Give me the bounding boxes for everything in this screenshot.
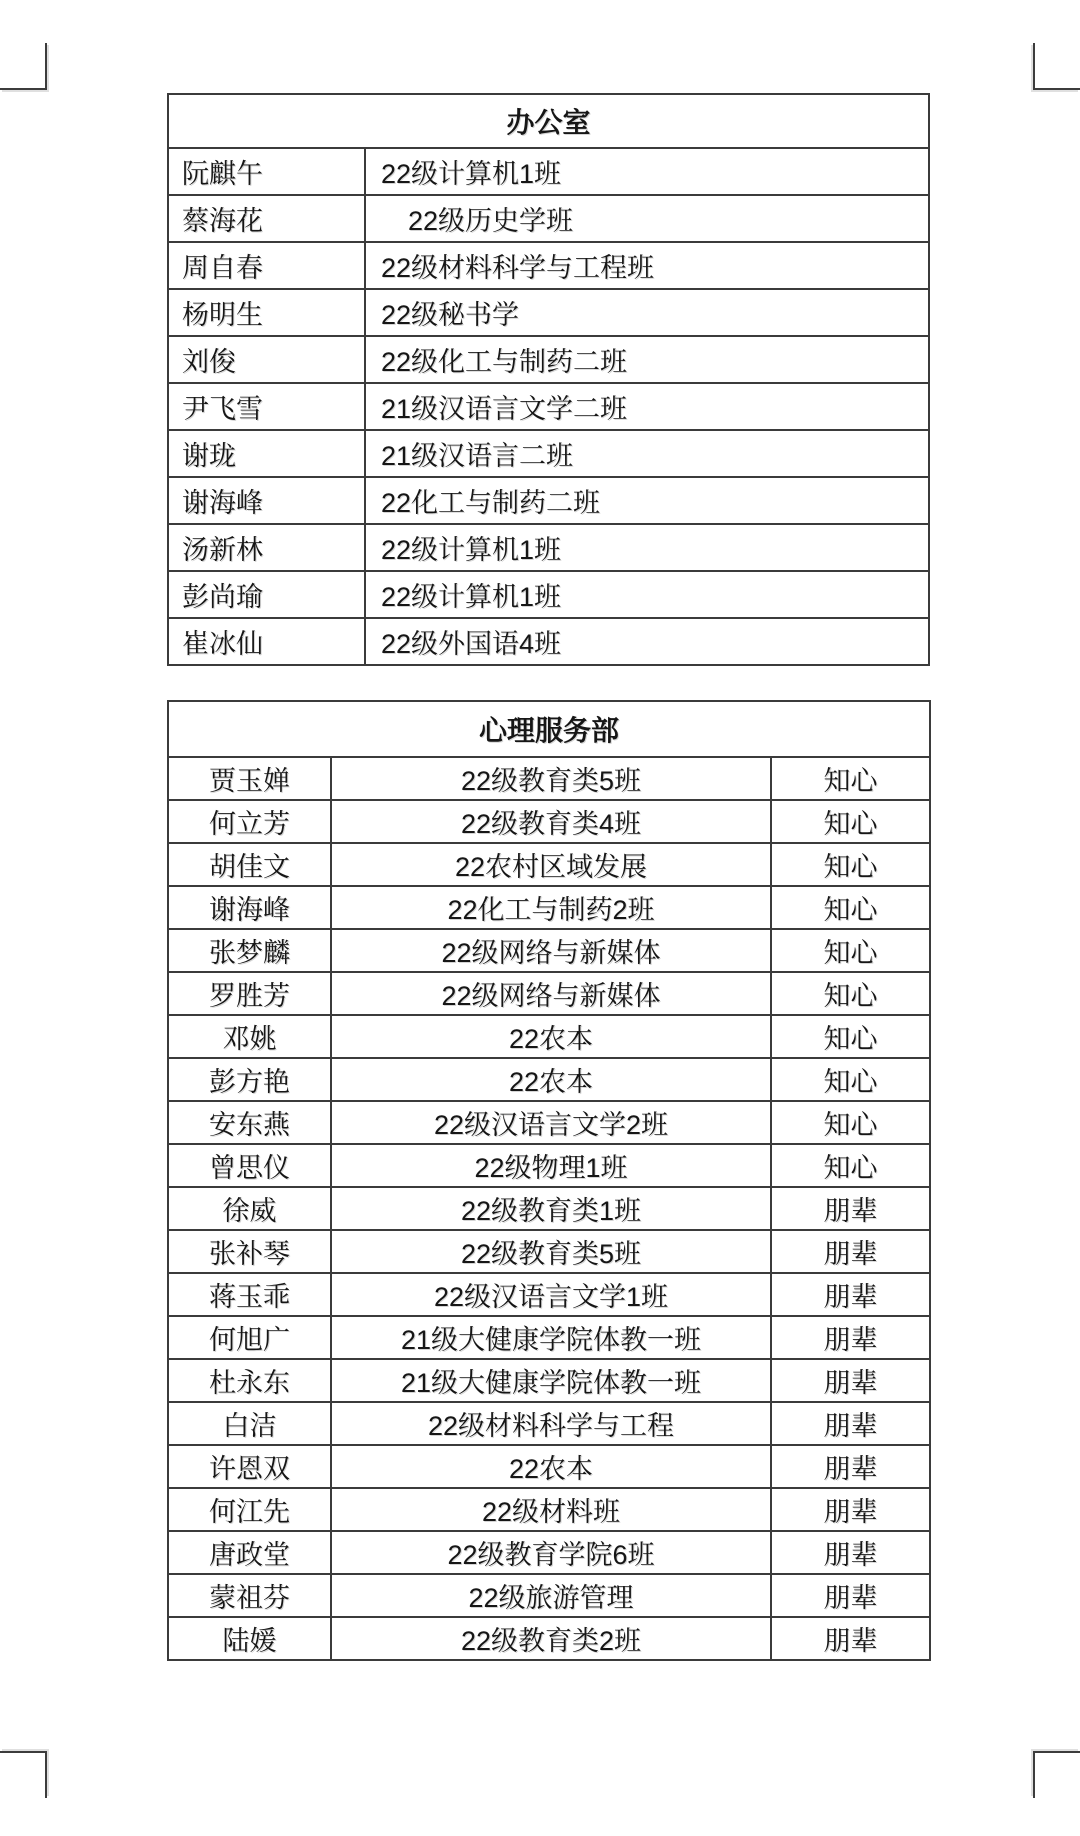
table-row: 唐政堂22级教育学院6班朋辈 [168, 1531, 930, 1574]
table-row: 白洁22级材料科学与工程朋辈 [168, 1402, 930, 1445]
role-cell: 知心 [771, 1015, 930, 1058]
role-cell: 知心 [771, 929, 930, 972]
role-cell: 知心 [771, 757, 930, 800]
role-cell: 知心 [771, 1101, 930, 1144]
role-cell: 知心 [771, 843, 930, 886]
class-cell: 22级物理1班 [331, 1144, 771, 1187]
class-cell: 22农本 [331, 1058, 771, 1101]
name-cell: 陆媛 [168, 1617, 331, 1660]
table-row: 张梦麟22级网络与新媒体知心 [168, 929, 930, 972]
role-cell: 知心 [771, 800, 930, 843]
table-row: 彭尚瑜22级计算机1班 [168, 571, 929, 618]
name-cell: 安东燕 [168, 1101, 331, 1144]
class-cell: 22级材料科学与工程班 [365, 242, 929, 289]
table-row: 汤新林22级计算机1班 [168, 524, 929, 571]
name-cell: 尹飞雪 [168, 383, 365, 430]
name-cell: 邓姚 [168, 1015, 331, 1058]
psych-service-table-header-row: 心理服务部 [168, 701, 930, 757]
class-cell: 22级化工与制药二班 [365, 336, 929, 383]
class-cell: 22级材料班 [331, 1488, 771, 1531]
table-row: 罗胜芳22级网络与新媒体知心 [168, 972, 930, 1015]
class-cell: 22级教育类5班 [331, 1230, 771, 1273]
class-cell: 21级大健康学院体教一班 [331, 1359, 771, 1402]
table-row: 胡佳文22农村区域发展知心 [168, 843, 930, 886]
class-cell: 22级计算机1班 [365, 571, 929, 618]
table-row: 何江先22级材料班朋辈 [168, 1488, 930, 1531]
class-cell: 22化工与制药2班 [331, 886, 771, 929]
table-row: 谢海峰22化工与制药2班知心 [168, 886, 930, 929]
office-table: 办公室 阮麒午22级计算机1班蔡海花 22级历史学班周自春22级材料科学与工程班… [167, 93, 930, 666]
office-table-header-row: 办公室 [168, 94, 929, 148]
class-cell: 22级历史学班 [365, 195, 929, 242]
role-cell: 朋辈 [771, 1187, 930, 1230]
name-cell: 谢海峰 [168, 886, 331, 929]
table-row: 何旭广21级大健康学院体教一班朋辈 [168, 1316, 930, 1359]
class-cell: 22级教育类1班 [331, 1187, 771, 1230]
class-cell: 22农本 [331, 1015, 771, 1058]
name-cell: 蔡海花 [168, 195, 365, 242]
name-cell: 谢珑 [168, 430, 365, 477]
class-cell: 21级大健康学院体教一班 [331, 1316, 771, 1359]
table-row: 谢珑21级汉语言二班 [168, 430, 929, 477]
name-cell: 谢海峰 [168, 477, 365, 524]
class-cell: 22级网络与新媒体 [331, 929, 771, 972]
table-row: 张补琴22级教育类5班朋辈 [168, 1230, 930, 1273]
role-cell: 知心 [771, 972, 930, 1015]
table-row: 崔冰仙22级外国语4班 [168, 618, 929, 665]
name-cell: 杜永东 [168, 1359, 331, 1402]
name-cell: 蒙祖芬 [168, 1574, 331, 1617]
class-cell: 22化工与制药二班 [365, 477, 929, 524]
name-cell: 张补琴 [168, 1230, 331, 1273]
class-cell: 22级汉语言文学1班 [331, 1273, 771, 1316]
name-cell: 许恩双 [168, 1445, 331, 1488]
table-row: 安东燕22级汉语言文学2班知心 [168, 1101, 930, 1144]
name-cell: 何立芳 [168, 800, 331, 843]
crop-mark-bottom-right [1033, 1751, 1080, 1798]
table-row: 蔡海花 22级历史学班 [168, 195, 929, 242]
name-cell: 彭尚瑜 [168, 571, 365, 618]
name-cell: 杨明生 [168, 289, 365, 336]
table-row: 谢海峰22化工与制药二班 [168, 477, 929, 524]
table-row: 徐威22级教育类1班朋辈 [168, 1187, 930, 1230]
name-cell: 张梦麟 [168, 929, 331, 972]
role-cell: 朋辈 [771, 1402, 930, 1445]
class-cell: 22级教育学院6班 [331, 1531, 771, 1574]
class-cell: 22级外国语4班 [365, 618, 929, 665]
class-cell: 22级材料科学与工程 [331, 1402, 771, 1445]
table-row: 刘俊22级化工与制药二班 [168, 336, 929, 383]
name-cell: 蒋玉乖 [168, 1273, 331, 1316]
name-cell: 曾思仪 [168, 1144, 331, 1187]
role-cell: 朋辈 [771, 1316, 930, 1359]
class-cell: 22级旅游管理 [331, 1574, 771, 1617]
name-cell: 何江先 [168, 1488, 331, 1531]
name-cell: 唐政堂 [168, 1531, 331, 1574]
table-row: 邓姚22农本知心 [168, 1015, 930, 1058]
role-cell: 朋辈 [771, 1359, 930, 1402]
name-cell: 崔冰仙 [168, 618, 365, 665]
role-cell: 朋辈 [771, 1574, 930, 1617]
name-cell: 周自春 [168, 242, 365, 289]
class-cell: 22农村区域发展 [331, 843, 771, 886]
name-cell: 徐威 [168, 1187, 331, 1230]
class-cell: 22级网络与新媒体 [331, 972, 771, 1015]
table-row: 周自春22级材料科学与工程班 [168, 242, 929, 289]
table-row: 尹飞雪21级汉语言文学二班 [168, 383, 929, 430]
name-cell: 刘俊 [168, 336, 365, 383]
crop-mark-top-right [1033, 43, 1080, 90]
table-row: 蒙祖芬22级旅游管理朋辈 [168, 1574, 930, 1617]
role-cell: 朋辈 [771, 1230, 930, 1273]
table-row: 杨明生22级秘书学 [168, 289, 929, 336]
name-cell: 何旭广 [168, 1316, 331, 1359]
table-row: 陆媛22级教育类2班朋辈 [168, 1617, 930, 1660]
role-cell: 朋辈 [771, 1273, 930, 1316]
name-cell: 汤新林 [168, 524, 365, 571]
psych-service-table-title: 心理服务部 [168, 701, 930, 757]
table-row: 曾思仪22级物理1班知心 [168, 1144, 930, 1187]
class-cell: 22级教育类4班 [331, 800, 771, 843]
name-cell: 罗胜芳 [168, 972, 331, 1015]
psych-service-table: 心理服务部 贾玉婵22级教育类5班知心何立芳22级教育类4班知心胡佳文22农村区… [167, 700, 931, 1661]
office-table-title: 办公室 [168, 94, 929, 148]
name-cell: 阮麒午 [168, 148, 365, 195]
role-cell: 知心 [771, 1144, 930, 1187]
class-cell: 22级秘书学 [365, 289, 929, 336]
class-cell: 21级汉语言文学二班 [365, 383, 929, 430]
name-cell: 彭方艳 [168, 1058, 331, 1101]
role-cell: 朋辈 [771, 1617, 930, 1660]
name-cell: 贾玉婵 [168, 757, 331, 800]
crop-mark-bottom-left [0, 1751, 47, 1798]
crop-mark-top-left [0, 43, 47, 90]
table-row: 何立芳22级教育类4班知心 [168, 800, 930, 843]
document-page: 办公室 阮麒午22级计算机1班蔡海花 22级历史学班周自春22级材料科学与工程班… [0, 0, 1080, 1836]
class-cell: 22级汉语言文学2班 [331, 1101, 771, 1144]
class-cell: 22级计算机1班 [365, 524, 929, 571]
class-cell: 22级计算机1班 [365, 148, 929, 195]
class-cell: 22级教育类5班 [331, 757, 771, 800]
role-cell: 知心 [771, 886, 930, 929]
role-cell: 知心 [771, 1058, 930, 1101]
table-row: 许恩双22农本朋辈 [168, 1445, 930, 1488]
name-cell: 白洁 [168, 1402, 331, 1445]
role-cell: 朋辈 [771, 1445, 930, 1488]
table-row: 蒋玉乖22级汉语言文学1班朋辈 [168, 1273, 930, 1316]
class-cell: 22级教育类2班 [331, 1617, 771, 1660]
role-cell: 朋辈 [771, 1488, 930, 1531]
role-cell: 朋辈 [771, 1531, 930, 1574]
class-cell: 22农本 [331, 1445, 771, 1488]
table-row: 彭方艳22农本知心 [168, 1058, 930, 1101]
table-row: 贾玉婵22级教育类5班知心 [168, 757, 930, 800]
table-row: 杜永东21级大健康学院体教一班朋辈 [168, 1359, 930, 1402]
table-row: 阮麒午22级计算机1班 [168, 148, 929, 195]
name-cell: 胡佳文 [168, 843, 331, 886]
class-cell: 21级汉语言二班 [365, 430, 929, 477]
